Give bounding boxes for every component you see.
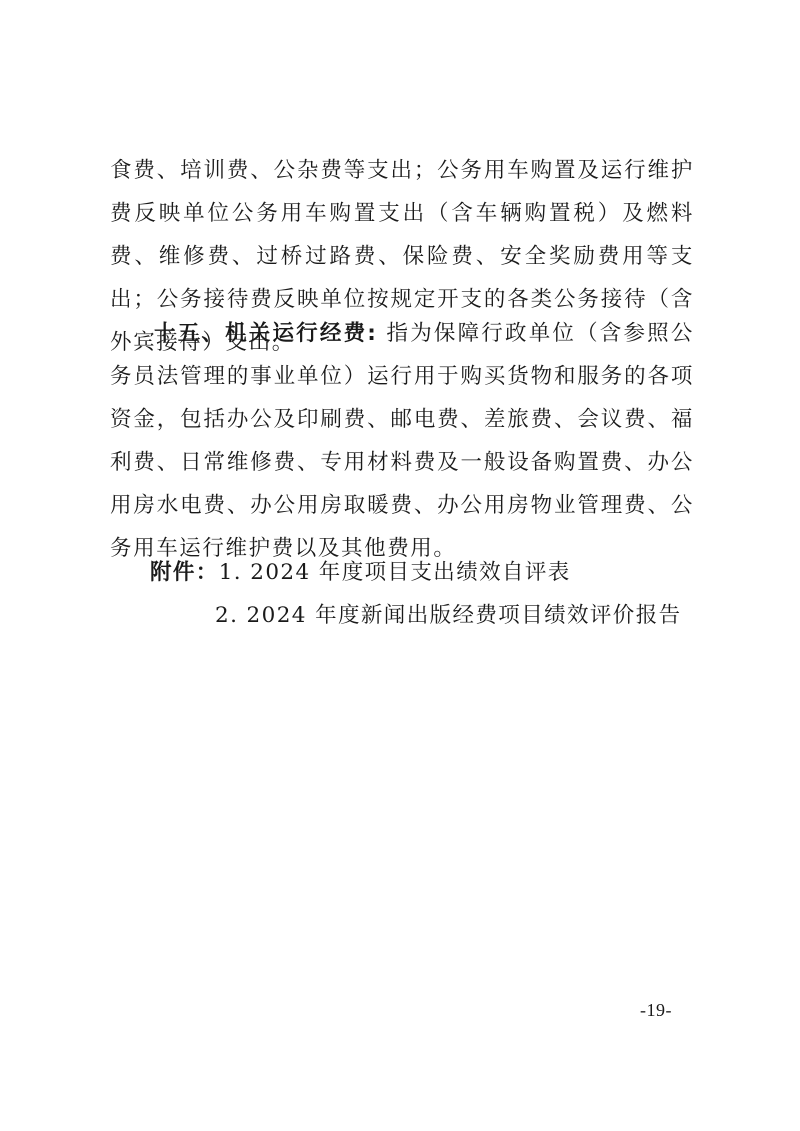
- page-number: -19-: [640, 1000, 672, 1021]
- attachment-title: 2. 2024 年度新闻出版经费项目绩效评价报告: [215, 603, 682, 628]
- attachment-title: 1. 2024 年度项目支出绩效自评表: [219, 560, 571, 585]
- attachment-item-2: 2. 2024 年度新闻出版经费项目绩效评价报告: [150, 594, 682, 637]
- attachments-label: 附件：: [150, 560, 219, 585]
- attachment-item-1: 附件：1. 2024 年度项目支出绩效自评表: [150, 551, 682, 594]
- document-page: 食费、培训费、公杂费等支出；公务用车购置及运行维护费反映单位公务用车购置支出（含…: [0, 0, 800, 1131]
- attachments-list: 附件：1. 2024 年度项目支出绩效自评表 2. 2024 年度新闻出版经费项…: [150, 551, 682, 637]
- heading-separator: :: [367, 321, 377, 346]
- paragraph-text: 指为保障行政单位（含参照公务员法管理的事业单位）运行用于购买货物和服务的各项资金…: [110, 321, 694, 561]
- paragraph-item-15: 十五、机关运行经费: 指为保障行政单位（含参照公务员法管理的事业单位）运行用于购…: [110, 312, 694, 570]
- section-heading: 十五、机关运行经费: [154, 321, 367, 346]
